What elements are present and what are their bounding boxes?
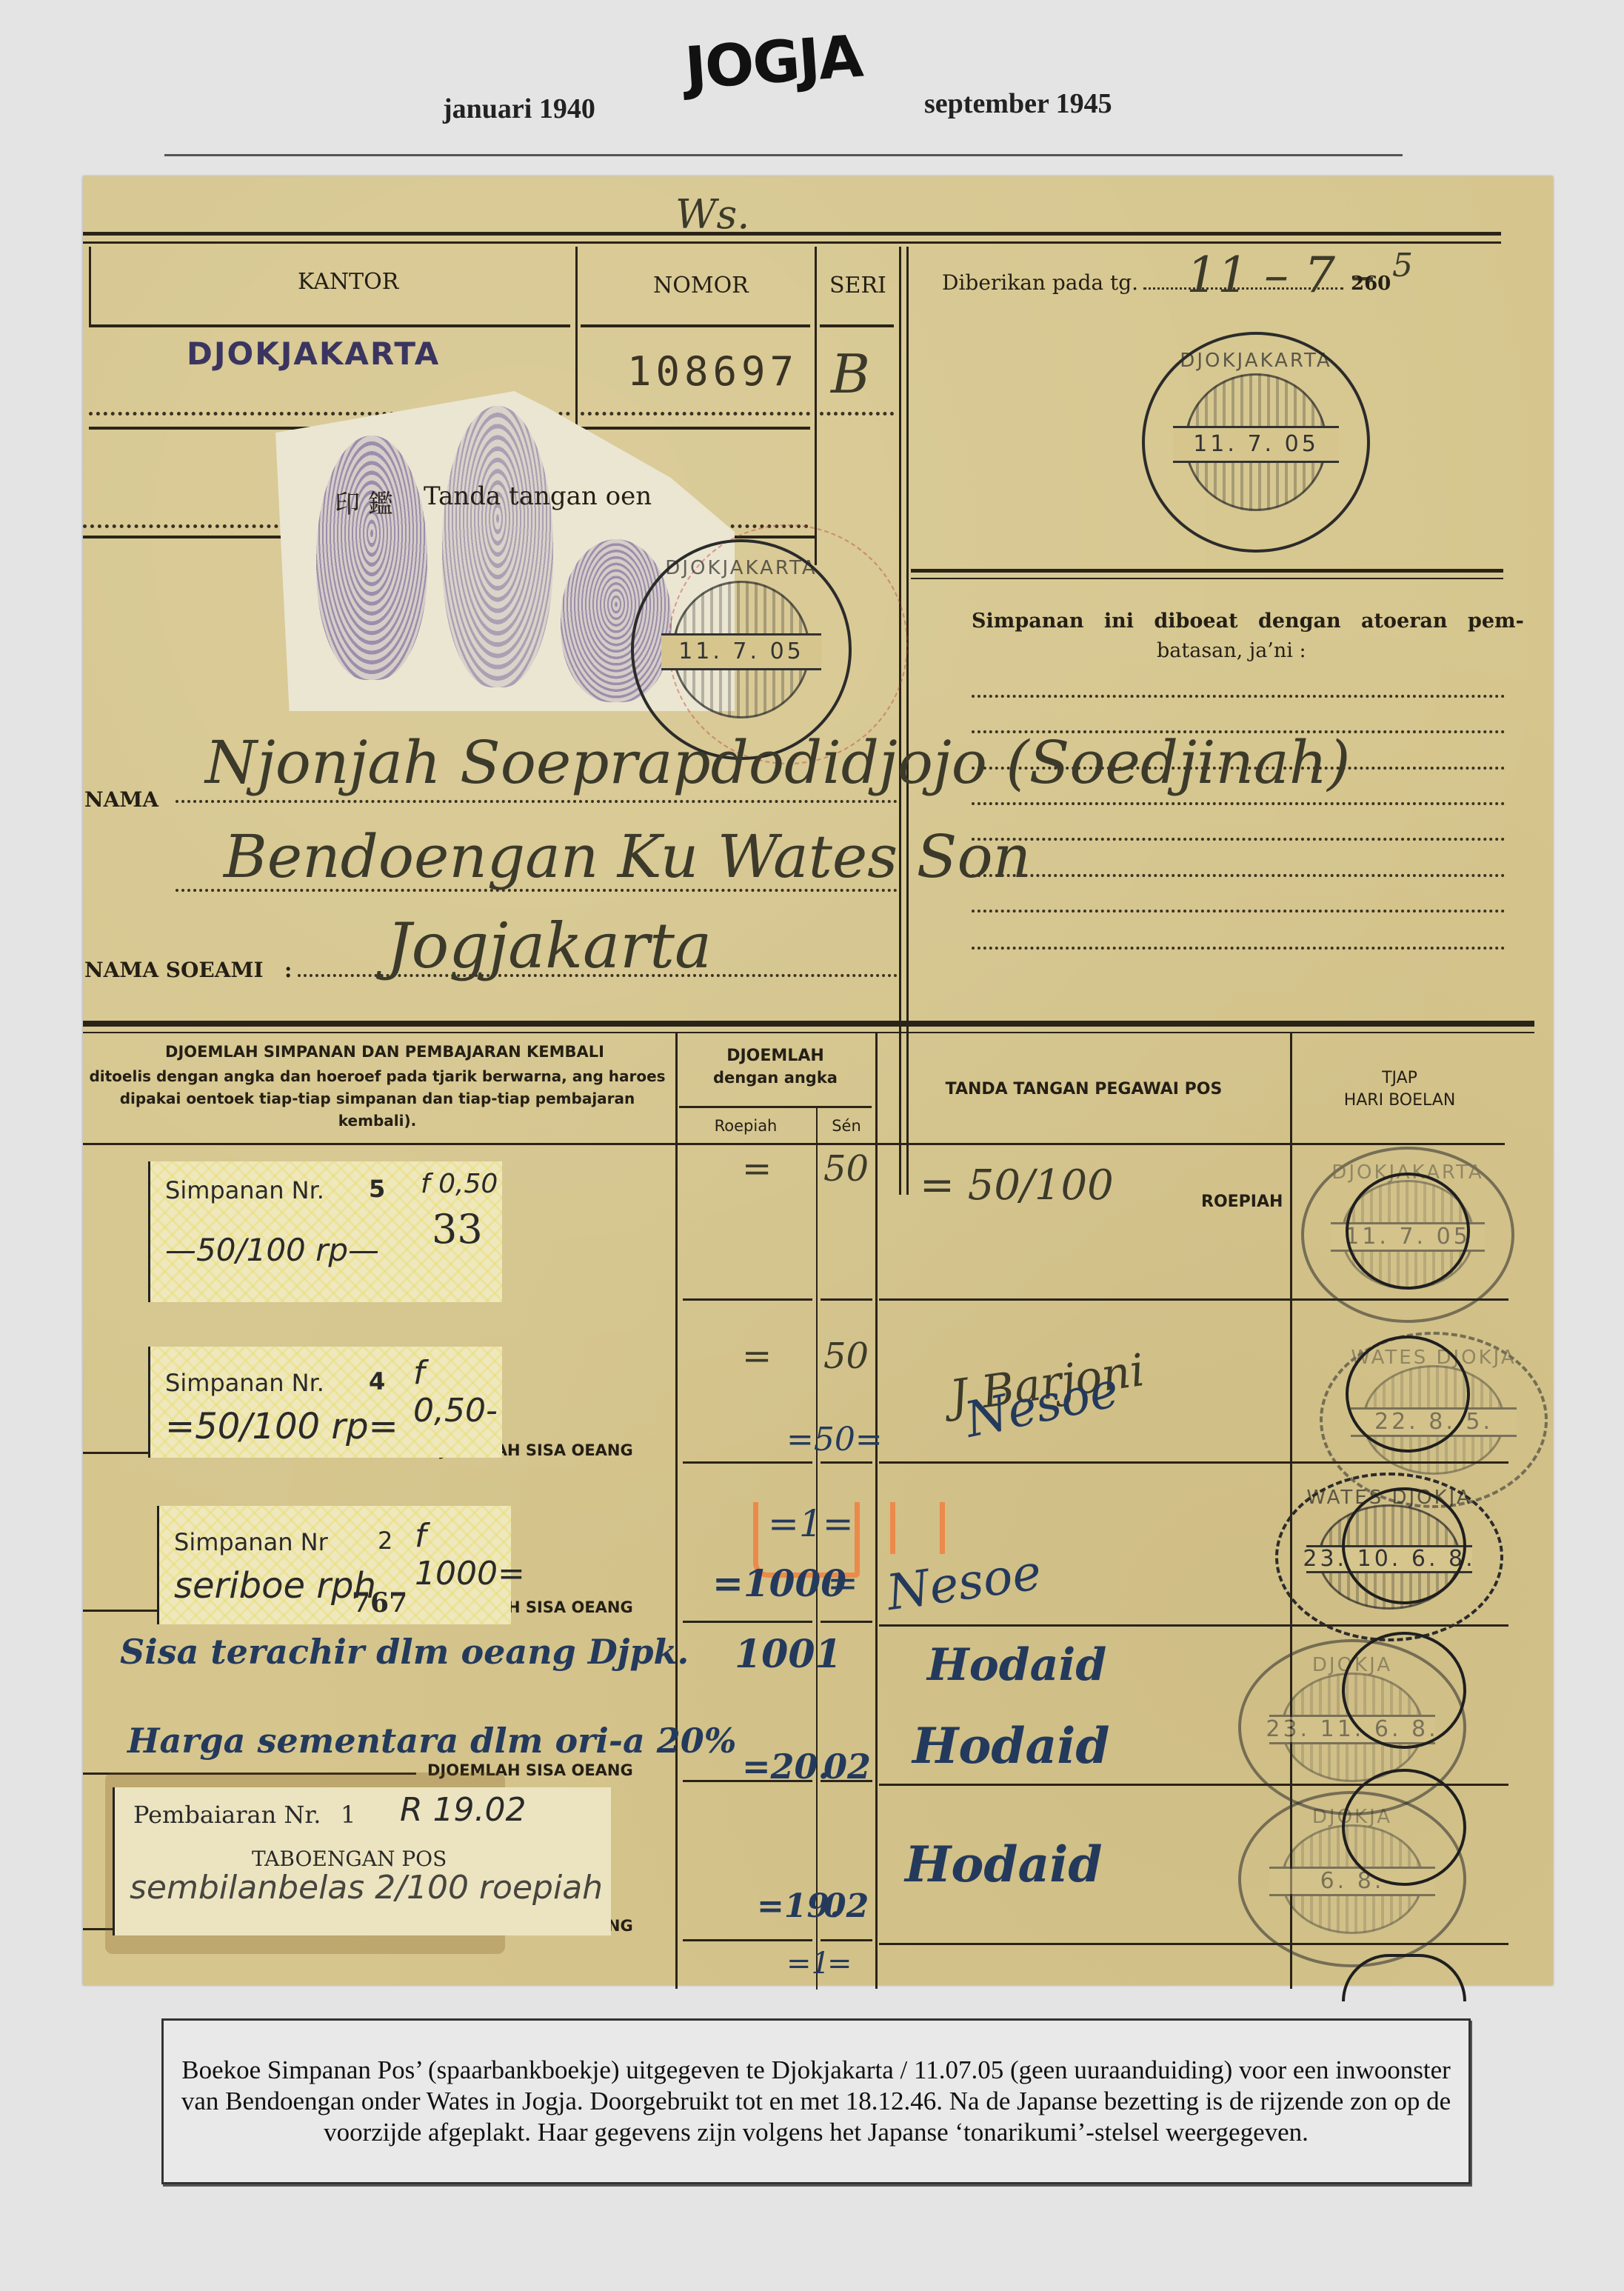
signature: Hodaid <box>927 1639 1106 1691</box>
rule <box>899 247 901 1195</box>
rule <box>581 324 810 327</box>
savings-booklet: Ws. KANTOR NOMOR SERI DJOKJAKARTA 108697… <box>83 176 1553 1985</box>
postmark-date: 11. 7. 05 <box>1173 426 1338 462</box>
amount-sen: 02 <box>823 1747 871 1787</box>
ledger-sen-label: Sén <box>818 1117 875 1135</box>
restriction-line <box>972 874 1505 877</box>
restriction-text-1: Simpanan ini diboeat dengan atoeran pem- <box>972 610 1524 633</box>
deposit-ticket: Simpanan Nr 2 f 1000= seriboe rph 767 <box>157 1506 511 1624</box>
restriction-line <box>972 802 1505 805</box>
caption-text: Boekoe Simpanan Pos’ (spaarbankboekje) u… <box>164 2055 1468 2148</box>
ticket-handwriting: —50/100 rp— <box>165 1232 379 1268</box>
restriction-line <box>972 695 1505 698</box>
rule <box>821 1939 872 1941</box>
rule <box>89 247 91 324</box>
nama-label: NAMA <box>84 787 158 812</box>
ticket-label: Simpanan Nr. <box>165 1176 324 1204</box>
ticket-amount: f 0,50- <box>413 1354 502 1430</box>
ticket-number: 1 <box>341 1801 355 1829</box>
seal-circle <box>1342 1487 1466 1604</box>
issued-year: 5 <box>1392 247 1413 284</box>
restriction-text-2: batasan, ja’ni : <box>1157 639 1306 662</box>
rule <box>581 427 810 430</box>
ledger-col3-title: TANDA TANGAN PEGAWAI POS <box>878 1080 1290 1098</box>
amount-sen: = <box>827 1561 858 1604</box>
postmark: DJOKJAKARTA 11. 7. 05 <box>631 539 852 760</box>
rule <box>83 1021 1534 1027</box>
amount-roepiah: = <box>742 1148 772 1190</box>
issued-date: 11 – 7 – <box>1186 247 1375 304</box>
ledger-col2-sub: dengan angka <box>675 1069 875 1087</box>
hand-note: Harga sementara dlm ori-a 20% <box>127 1721 737 1761</box>
rule <box>821 1621 872 1623</box>
rule <box>911 578 1503 579</box>
soeami-value: Jogjakarta <box>387 910 712 982</box>
ticket-label: Simpanan Nr <box>174 1528 328 1556</box>
deposit-ticket: Simpanan Nr. 5 f 0,50 33 —50/100 rp— <box>148 1161 502 1302</box>
rule <box>875 1033 878 1989</box>
ledger-col2-title: DJOEMLAH <box>675 1047 875 1065</box>
nomor-value: 108697 <box>627 348 798 395</box>
date-from: januari 1940 <box>443 93 595 125</box>
rule <box>821 1461 872 1464</box>
rule <box>83 241 1501 244</box>
amount-sen: 02 <box>823 1887 869 1925</box>
ticket-sub-label: TABOENGAN POS <box>252 1847 447 1871</box>
amount-roepiah: = <box>742 1335 772 1377</box>
seri-value: B <box>831 343 870 405</box>
ticket-label: Simpanan Nr. <box>165 1369 324 1397</box>
rule <box>906 247 909 1195</box>
ticket-handwriting: =50/100 rp= <box>165 1406 398 1447</box>
amount-sen: 50 <box>823 1335 869 1377</box>
album-title: JOGJA <box>683 24 863 102</box>
fingerprint <box>316 436 427 680</box>
caption-box: Boekoe Simpanan Pos’ (spaarbankboekje) u… <box>161 2018 1471 2184</box>
address-value: Bendoengan Ku Wates Son <box>224 822 1031 891</box>
amount-roepiah: =50= <box>786 1421 883 1458</box>
ticket-amount: f 0,50 <box>421 1169 498 1199</box>
ticket-handwriting: seriboe rph <box>174 1565 376 1607</box>
rule <box>911 569 1503 573</box>
roepiah-label: ROEPIAH <box>1201 1193 1283 1211</box>
rule <box>683 1939 812 1941</box>
ledger-col4-sub: HARI BOELAN <box>1292 1091 1507 1110</box>
amount-roepiah: =1 <box>786 1947 830 1981</box>
ticket-number: 4 <box>369 1367 385 1395</box>
header-rule <box>164 154 1403 156</box>
ledger-col1-title: DJOEMLAH SIMPANAN DAN PEMBAJARAN KEMBALI <box>98 1043 672 1061</box>
seal-circle <box>1346 1173 1470 1290</box>
amount-sen: 50 <box>823 1148 869 1190</box>
ticket-number: 5 <box>369 1175 385 1203</box>
signature: Hodaid <box>905 1835 1103 1893</box>
restriction-line <box>972 910 1505 913</box>
dotted-line <box>581 412 810 416</box>
rule <box>820 324 894 327</box>
payment-ticket: Pembaiaran Nr. 1 R 19.02 TABOENGAN POS s… <box>113 1787 611 1935</box>
amount-roepiah: =20. <box>742 1747 830 1787</box>
ledger-col4-title: TJAP <box>1292 1069 1507 1087</box>
signature: Nesoe <box>883 1544 1045 1621</box>
ticket-number: 2 <box>378 1527 392 1555</box>
ticket-serial: 33 <box>432 1206 483 1253</box>
amount-roepiah: 1001 <box>735 1632 842 1677</box>
rule <box>89 324 570 327</box>
ticket-label: Pembaiaran Nr. <box>133 1801 321 1829</box>
restriction-line <box>972 947 1505 950</box>
deposit-ticket: Simpanan Nr. 4 f 0,50- =50/100 rp= <box>148 1347 502 1458</box>
postmark-date: 11. 7. 05 <box>661 633 821 670</box>
dotted-line <box>176 800 898 803</box>
rule <box>815 247 817 565</box>
nomor-label: NOMOR <box>653 273 749 299</box>
amount-sen: = <box>827 1947 852 1981</box>
seal-circle <box>1342 1769 1466 1886</box>
fingerprint <box>442 406 553 687</box>
seal-circle <box>1346 1335 1470 1453</box>
amount-roepiah: =1= <box>768 1502 854 1545</box>
postmark-town: DJOKJAKARTA <box>634 557 849 579</box>
orange-crayon-mark <box>890 1502 945 1554</box>
rule <box>83 232 1501 236</box>
rule <box>683 1621 812 1623</box>
ticket-handwriting: sembilanbelas 2/100 roepiah <box>130 1869 603 1907</box>
rule <box>83 1032 1534 1033</box>
ledger-col1-note: ditoelis dengan angka dan hoeroef pada t… <box>87 1065 668 1132</box>
issued-label: Diberikan pada tg. <box>942 270 1138 295</box>
soeami-label: NAMA SOEAMI <box>84 958 264 982</box>
kantor-stamp: DJOKJAKARTA <box>187 336 440 372</box>
kantor-label: KANTOR <box>298 269 398 295</box>
kanji-label: 印 鑑 <box>335 484 393 520</box>
date-to: september 1945 <box>924 87 1112 120</box>
rule <box>83 1143 1505 1145</box>
issued-year-prefix: 260 <box>1351 273 1391 295</box>
rule <box>683 1298 812 1301</box>
ledger-roepiah-label: Roepiah <box>675 1117 816 1135</box>
top-annotation: Ws. <box>675 191 749 238</box>
dotted-line <box>820 412 894 416</box>
postmark-town: DJOKJAKARTA <box>1145 350 1367 372</box>
nama-value: Njonjah Soeprapdodidjojo (Soedjinah) <box>205 728 1350 797</box>
amount-roepiah: =1000 <box>712 1561 846 1605</box>
signature: = 50/100 <box>920 1161 1114 1210</box>
signature-slip-label: Tanda tangan oen <box>424 481 652 511</box>
rule <box>821 1298 872 1301</box>
hand-note: Sisa terachir dlm oeang Djpk. <box>120 1632 689 1672</box>
colon: : <box>284 958 292 982</box>
seri-label: SERI <box>829 273 886 299</box>
ticket-serial: 767 <box>352 1587 407 1618</box>
restriction-line <box>972 838 1505 841</box>
postmark: DJOKJAKARTA 11. 7. 05 <box>1142 332 1370 553</box>
rule <box>683 1461 812 1464</box>
seal-circle <box>1342 1632 1466 1749</box>
rule <box>679 1106 872 1108</box>
rule <box>675 1033 678 1989</box>
signature: Hodaid <box>912 1717 1110 1775</box>
ticket-amount: R 19.02 <box>400 1791 527 1829</box>
ticket-amount: f 1000= <box>415 1517 525 1593</box>
